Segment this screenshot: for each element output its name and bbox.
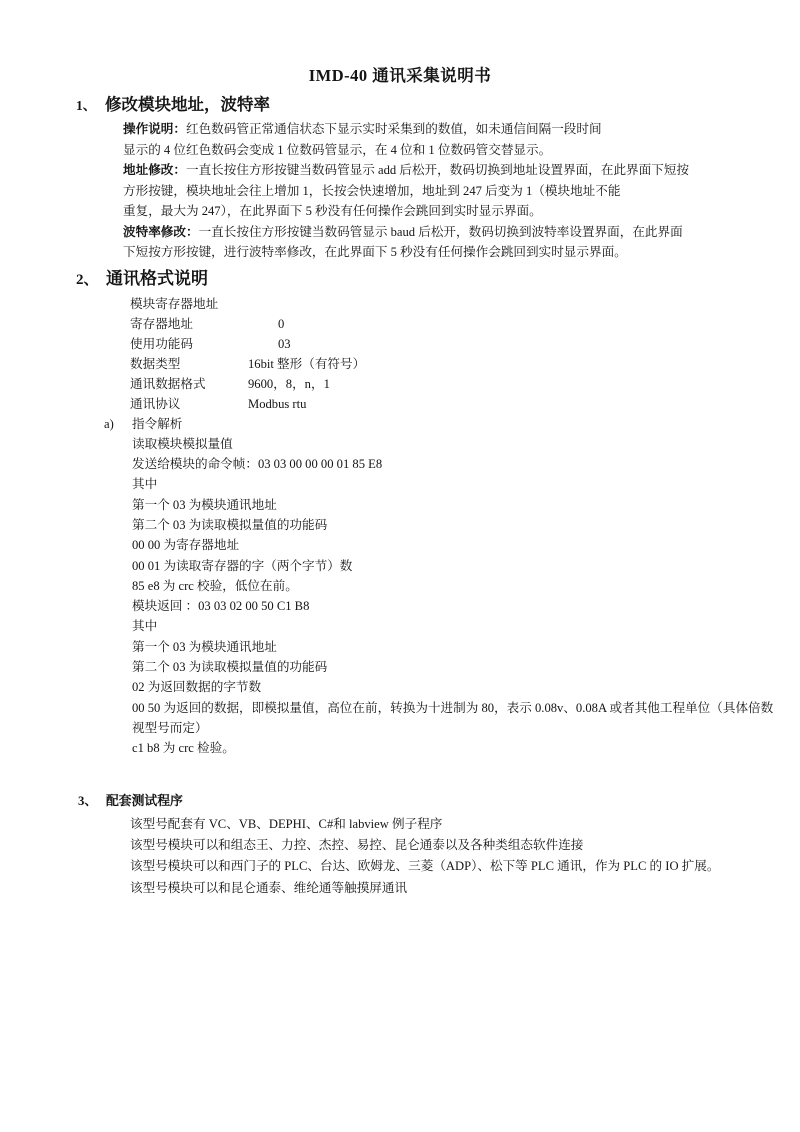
body-line: 该型号模块可以和昆仑通泰、维纶通等触摸屏通讯: [130, 878, 800, 899]
body-line: 视型号而定）: [132, 718, 800, 738]
body-line: 00 00 为寄存器地址: [132, 535, 800, 555]
body-line: 方形按键，模块地址会往上增加 1，长按会快速增加，地址到 247 后变为 1（模…: [123, 181, 800, 202]
body-line: 该型号模块可以和西门子的 PLC、台达、欧姆龙、三菱（ADP）、松下等 PLC …: [130, 856, 800, 877]
bold-run: 波特率修改：: [123, 225, 199, 239]
body-line: 显示的 4 位红色数码会变成 1 位数码管显示，在 4 位和 1 位数码管交替显…: [123, 140, 800, 161]
spec-value: 0: [248, 314, 284, 334]
section-3-heading: 3、 配套测试程序: [0, 790, 800, 812]
bold-run: 操作说明：: [123, 122, 186, 136]
body-line: 重复，最大为 247），在此界面下 5 秒没有任何操作会跳回到实时显示界面。: [123, 201, 800, 222]
section-1-heading: 1、 修改模块地址，波特率: [0, 93, 800, 117]
spec-label: 使用功能码: [130, 334, 248, 354]
list-a-marker: a): [104, 414, 132, 434]
spec-rows: 寄存器地址0 使用功能码03 数据类型16bit 整形（有符号） 通讯数据格式9…: [130, 314, 800, 414]
spec-row: 通讯协议Modbus rtu: [130, 394, 800, 414]
body-line: c1 b8 为 crc 检验。: [132, 738, 800, 758]
section-3-number: 3、: [78, 790, 106, 812]
text-run: 该型号配套有 VC、VB、DEPHI、C#和 labview 例子程序: [130, 817, 442, 831]
text-run: 00 01 为读取寄存器的字（两个字节）数: [132, 559, 352, 573]
body-line: 第一个 03 为模块通讯地址: [132, 495, 800, 515]
body-line: 其中: [132, 474, 800, 494]
body-line: 地址修改：一直长按住方形按键当数码管显示 add 后松开，数码切换到地址设置界面…: [123, 160, 800, 181]
text-run: 一直长按住方形按键当数码管显示 add 后松开，数码切换到地址设置界面，在此界面…: [186, 163, 689, 177]
text-run: 其中: [132, 477, 157, 491]
list-a-heading-text: 指令解析: [132, 414, 182, 434]
body-line: 00 01 为读取寄存器的字（两个字节）数: [132, 556, 800, 576]
text-run: 红色数码管正常通信状态下显示实时采集到的数值，如未通信间隔一段时间: [186, 122, 602, 136]
spec-row: 通讯数据格式9600，8，n，1: [130, 374, 800, 394]
text-run: 00 00 为寄存器地址: [132, 538, 239, 552]
body-line: 读取模块模拟量值: [132, 434, 800, 454]
body-line: 下短按方形按键，进行波特率修改，在此界面下 5 秒没有任何操作会跳回到实时显示界…: [123, 242, 800, 263]
text-run: 模块返回 ：03 03 02 00 50 C1 B8: [132, 599, 309, 613]
spec-value: 9600，8，n，1: [248, 374, 330, 394]
spec-row: 寄存器地址0: [130, 314, 800, 334]
body-line: 第二个 03 为读取模拟量值的功能码: [132, 657, 800, 677]
section-2-number: 2、: [76, 268, 106, 293]
spec-row: 数据类型16bit 整形（有符号）: [130, 354, 800, 374]
text-run: 00 50 为返回的数据，即模拟量值，高位在前，转换为十进制为 80，表示 0.…: [132, 701, 773, 715]
instruction-analysis-list: a) 指令解析 读取模块模拟量值 发送给模块的命令帧：03 03 00 00 0…: [0, 414, 800, 759]
text-run: c1 b8 为 crc 检验。: [132, 741, 235, 755]
section-3-body: 该型号配套有 VC、VB、DEPHI、C#和 labview 例子程序 该型号模…: [130, 814, 800, 900]
text-run: 视型号而定）: [132, 721, 208, 735]
text-run: 85 e8 为 crc 校验，低位在前。: [132, 579, 298, 593]
text-run: 02 为返回数据的字节数: [132, 680, 261, 694]
spec-label: 通讯数据格式: [130, 374, 248, 394]
body-line: 其中: [132, 616, 800, 636]
body-line: 该型号配套有 VC、VB、DEPHI、C#和 labview 例子程序: [130, 814, 800, 835]
text-run: 方形按键，模块地址会往上增加 1，长按会快速增加，地址到 247 后变为 1（模…: [123, 184, 620, 198]
body-line: 波特率修改：一直长按住方形按键当数码管显示 baud 后松开，数码切换到波特率设…: [123, 222, 800, 243]
text-run: 读取模块模拟量值: [132, 437, 233, 451]
comm-format-spec: 模块寄存器地址 寄存器地址0 使用功能码03 数据类型16bit 整形（有符号）…: [130, 294, 800, 414]
body-line: 00 50 为返回的数据，即模拟量值，高位在前，转换为十进制为 80，表示 0.…: [132, 698, 800, 718]
spec-label: 数据类型: [130, 354, 248, 374]
list-a-heading: a) 指令解析: [0, 414, 800, 434]
body-line: 该型号模块可以和组态王、力控、杰控、易控、昆仑通泰以及各种类组态软件连接: [130, 835, 800, 856]
list-a-lines: 读取模块模拟量值 发送给模块的命令帧：03 03 00 00 00 01 85 …: [132, 434, 800, 759]
text-run: 发送给模块的命令帧：03 03 00 00 00 01 85 E8: [132, 457, 382, 471]
text-run: 第一个 03 为模块通讯地址: [132, 640, 277, 654]
spec-label: 通讯协议: [130, 394, 248, 414]
section-1-number: 1、: [76, 94, 105, 117]
text-run: 重复，最大为 247），在此界面下 5 秒没有任何操作会跳回到实时显示界面。: [123, 204, 542, 218]
section-1-heading-text: 修改模块地址，波特率: [105, 93, 270, 116]
text-run: 第二个 03 为读取模拟量值的功能码: [132, 518, 327, 532]
body-line: 操作说明：红色数码管正常通信状态下显示实时采集到的数值，如未通信间隔一段时间: [123, 119, 800, 140]
section-1-body: 操作说明：红色数码管正常通信状态下显示实时采集到的数值，如未通信间隔一段时间 显…: [123, 119, 800, 263]
doc-title: IMD-40 通讯采集说明书: [0, 64, 800, 88]
body-line: 第二个 03 为读取模拟量值的功能码: [132, 515, 800, 535]
body-line: 85 e8 为 crc 校验，低位在前。: [132, 576, 800, 596]
text-run: 下短按方形按键，进行波特率修改，在此界面下 5 秒没有任何操作会跳回到实时显示界…: [123, 245, 627, 259]
spec-value: 03: [248, 334, 291, 354]
text-run: 第一个 03 为模块通讯地址: [132, 498, 277, 512]
text-run: 该型号模块可以和西门子的 PLC、台达、欧姆龙、三菱（ADP）、松下等 PLC …: [130, 859, 719, 873]
document-page: IMD-40 通讯采集说明书 1、 修改模块地址，波特率 操作说明：红色数码管正…: [0, 0, 800, 1132]
section-2-heading: 2、 通讯格式说明: [0, 266, 800, 293]
spec-value: 16bit 整形（有符号）: [248, 354, 365, 374]
section-2-heading-text: 通讯格式说明: [106, 266, 208, 291]
body-line: 02 为返回数据的字节数: [132, 677, 800, 697]
spec-row: 使用功能码03: [130, 334, 800, 354]
spec-label: 寄存器地址: [130, 314, 248, 334]
spec-value: Modbus rtu: [248, 394, 306, 414]
body-line: 第一个 03 为模块通讯地址: [132, 637, 800, 657]
text-run: 其中: [132, 619, 157, 633]
text-run: 一直长按住方形按键当数码管显示 baud 后松开，数码切换到波特率设置界面，在此…: [199, 225, 683, 239]
text-run: 该型号模块可以和昆仑通泰、维纶通等触摸屏通讯: [130, 881, 407, 895]
text-run: 该型号模块可以和组态王、力控、杰控、易控、昆仑通泰以及各种类组态软件连接: [130, 838, 583, 852]
section-3-heading-text: 配套测试程序: [106, 790, 183, 812]
spec-title: 模块寄存器地址: [130, 294, 800, 314]
bold-run: 地址修改：: [123, 163, 186, 177]
body-line: 模块返回 ：03 03 02 00 50 C1 B8: [132, 596, 800, 616]
text-run: 显示的 4 位红色数码会变成 1 位数码管显示，在 4 位和 1 位数码管交替显…: [123, 143, 551, 157]
text-run: 第二个 03 为读取模拟量值的功能码: [132, 660, 327, 674]
body-line: 发送给模块的命令帧：03 03 00 00 00 01 85 E8: [132, 454, 800, 474]
